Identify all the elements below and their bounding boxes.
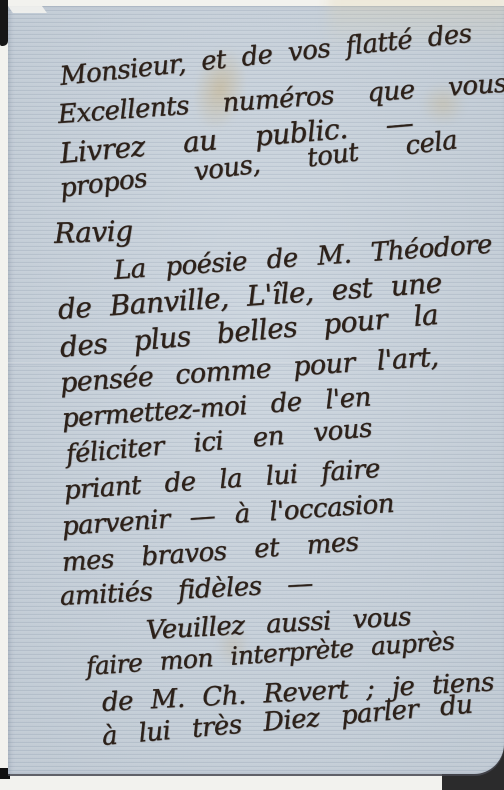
letter-body: Monsieur, et de vos flatté des Excellent… bbox=[8, 6, 504, 774]
handwriting-line: Ravig bbox=[54, 217, 134, 248]
paper-sheet: Monsieur, et de vos flatté des Excellent… bbox=[8, 6, 504, 774]
scanner-edge-mark bbox=[0, 0, 8, 46]
handwriting-line: amitiés fidèles — bbox=[59, 571, 313, 610]
scanned-letter: Monsieur, et de vos flatté des Excellent… bbox=[0, 0, 504, 790]
